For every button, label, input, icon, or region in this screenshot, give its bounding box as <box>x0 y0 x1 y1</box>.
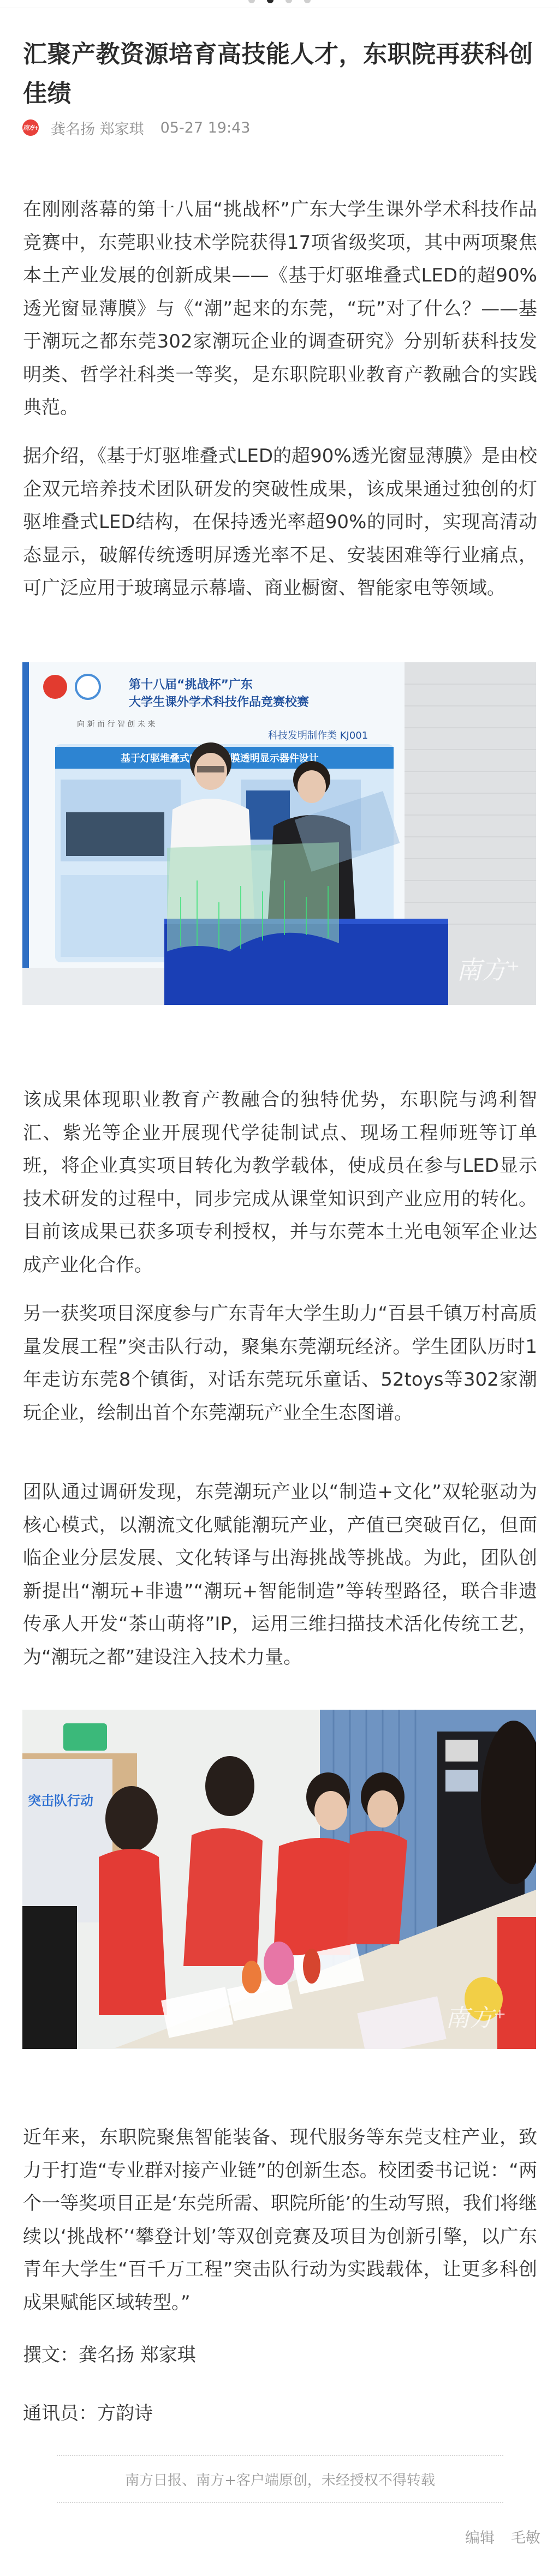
paragraph-4: 另一获奖项目深度参与广东青年大学生助力“百县千镇万村高质量发展工程”突击队行动，… <box>23 1297 537 1429</box>
paragraph-5: 团队通过调研发现，东莞潮玩产业以“制造+文化”双轮驱动为核心模式，以潮流文化赋能… <box>23 1476 537 1674</box>
article-authors: 龚名扬 郑家琪 <box>51 117 144 139</box>
editor-credit: 编辑 毛敏 <box>465 2526 540 2547</box>
page-indicator <box>0 0 559 4</box>
page-dot-active[interactable] <box>267 0 273 3</box>
competition-booth-photo: 第十八届“挑战杯”广东 大学生课外学术科技作品竞赛校赛 向 新 而 行 智 创 … <box>22 662 536 1005</box>
publish-time: 05-27 19:43 <box>160 119 251 136</box>
page-dot[interactable] <box>248 0 255 3</box>
paragraph-3: 该成果体现职业教育产教融合的独特优势，东职院与鸿利智汇、紫光等企业开展现代学徒制… <box>23 1083 537 1281</box>
svg-text:突击队行动: 突击队行动 <box>28 1793 93 1808</box>
byline-writer: 撰文：龚名扬 郑家琪 <box>23 2342 196 2368</box>
svg-text:南方⁺: 南方⁺ <box>445 2004 506 2032</box>
top-divider <box>0 8 559 8</box>
editor-name: 毛敏 <box>511 2526 540 2547</box>
svg-text:科技发明制作类 KJ001: 科技发明制作类 KJ001 <box>268 730 368 741</box>
svg-text:第十八届“挑战杯”广东: 第十八届“挑战杯”广东 <box>129 678 253 692</box>
page-dot[interactable] <box>304 0 311 3</box>
svg-text:大学生课外学术科技作品竞赛校赛: 大学生课外学术科技作品竞赛校赛 <box>129 695 309 709</box>
page-dot[interactable] <box>286 0 292 3</box>
editor-label: 编辑 <box>465 2526 495 2547</box>
svg-text:南方⁺: 南方⁺ <box>456 955 520 985</box>
paragraph-6: 近年来，东职院聚焦智能装备、现代服务等东莞支柱产业，致力于打造“专业群对接产业链… <box>23 2121 537 2319</box>
copyright-notice: 南方日报、南方+客户端原创，未经授权不得转载 <box>57 2455 503 2503</box>
article-image-1[interactable]: 第十八届“挑战杯”广东 大学生课外学术科技作品竞赛校赛 向 新 而 行 智 创 … <box>22 662 536 1005</box>
article-image-2[interactable]: 突击队行动 南方⁺ <box>22 1710 536 2049</box>
source-logo-avatar[interactable]: 南方+ <box>22 119 39 136</box>
student-team-photo: 突击队行动 南方⁺ <box>22 1710 536 2049</box>
paragraph-2: 据介绍，《基于灯驱堆叠式LED的超90%透光窗显薄膜》是由校企双元培养技术团队研… <box>23 440 537 605</box>
paragraph-1: 在刚刚落幕的第十八届“挑战杯”广东大学生课外学术科技作品竞赛中，东莞职业技术学院… <box>23 193 537 424</box>
byline-correspondent: 通讯员：方韵诗 <box>23 2400 153 2427</box>
svg-text:向 新 而 行 智 创 未 来: 向 新 而 行 智 创 未 来 <box>77 720 155 729</box>
article-meta: 南方+ 龚名扬 郑家琪 05-27 19:43 <box>22 116 250 140</box>
article-title: 汇聚产教资源培育高技能人才，东职院再获科创佳绩 <box>23 35 542 113</box>
copyright-text: 南方日报、南方+客户端原创，未经授权不得转载 <box>125 2469 435 2489</box>
